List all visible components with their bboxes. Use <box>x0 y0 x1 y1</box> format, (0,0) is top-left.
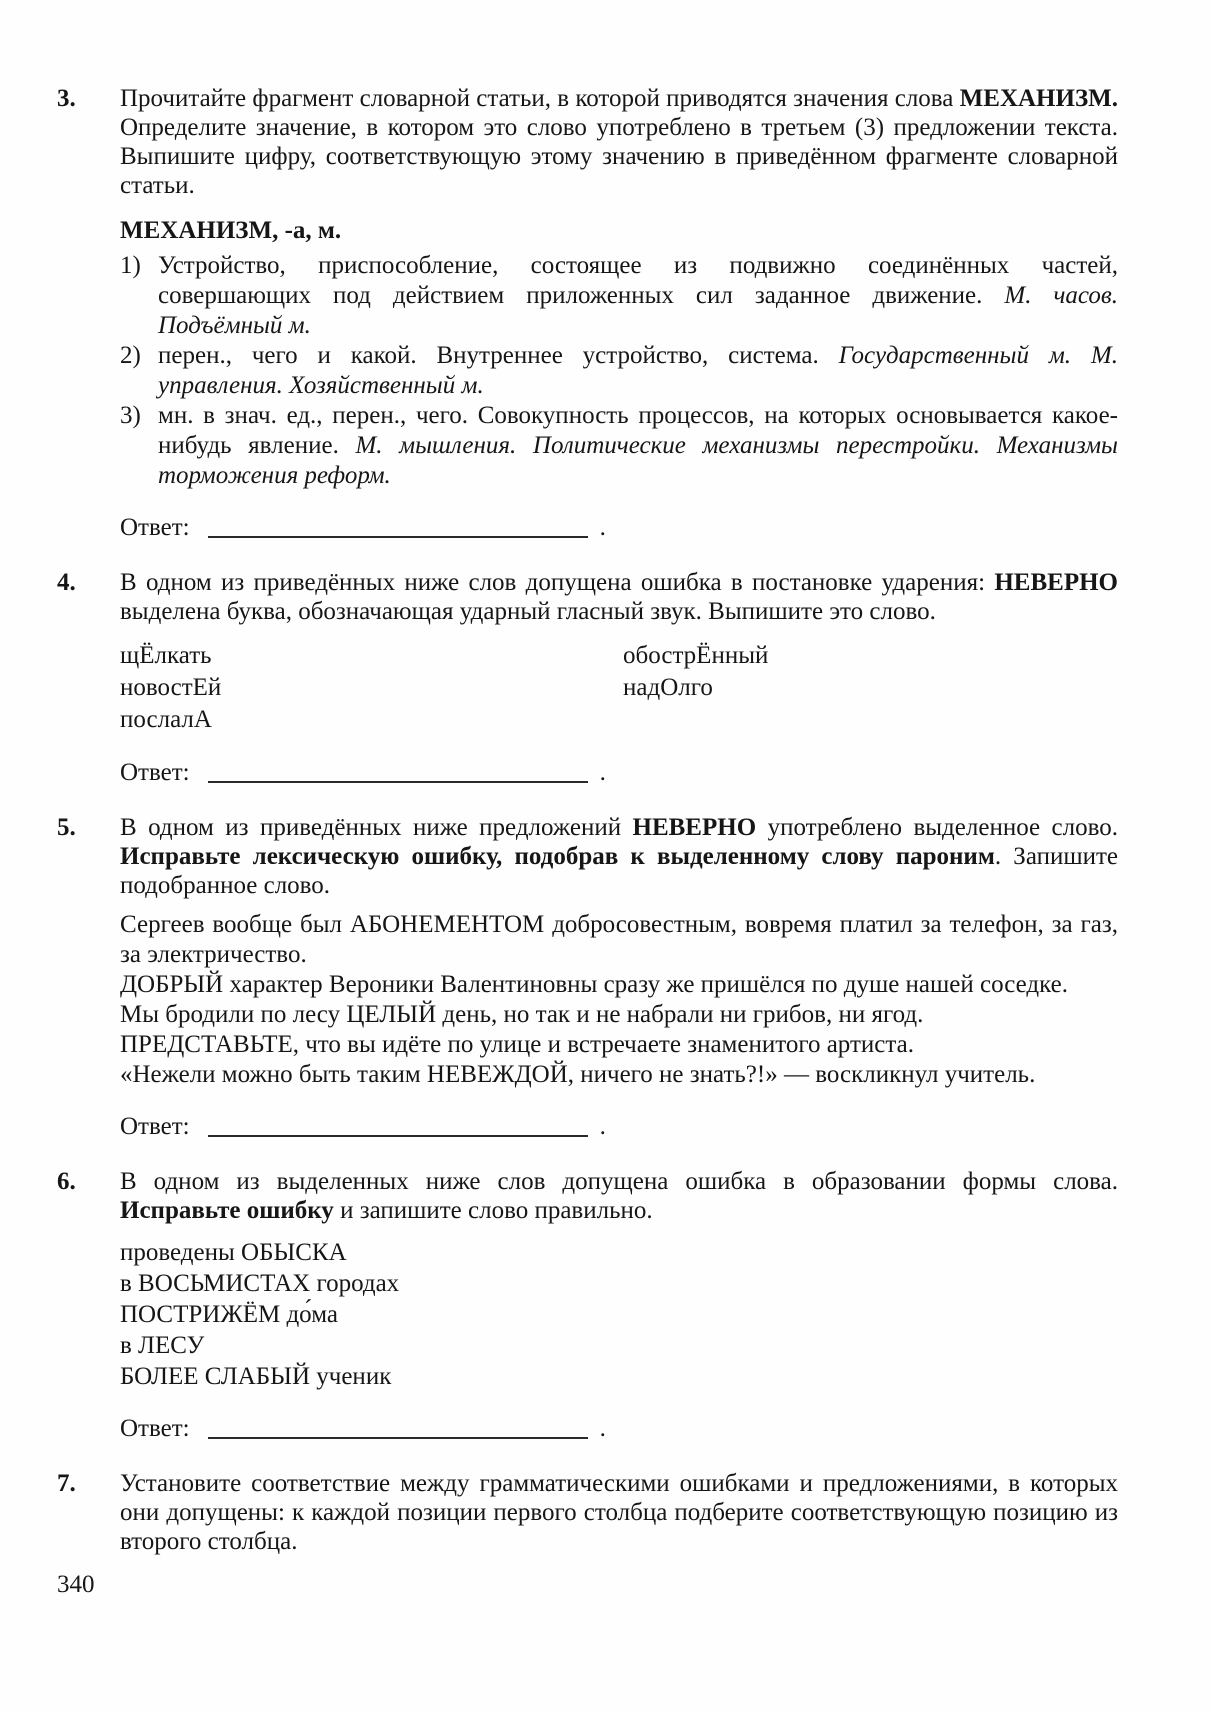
task-4-body: В одном из приведённых ниже слов допущен… <box>120 568 1118 787</box>
stress-word: обострЁнный <box>623 640 1118 672</box>
answer-period: . <box>600 513 606 542</box>
task-3-number: 3. <box>57 84 120 542</box>
task-7-number: 7. <box>57 1469 120 1556</box>
answer-label: Ответ: <box>120 1414 190 1443</box>
sentence: «Нежели можно быть таким НЕВЕЖДОЙ, ничег… <box>120 1060 1118 1090</box>
task-5: 5. В одном из приведённых ниже предложен… <box>57 813 1118 1141</box>
word-form-item: ПОСТРИЖЁМ до́ма <box>120 1299 1118 1330</box>
task-4-heading: В одном из приведённых ниже слов допущен… <box>120 568 1118 626</box>
answer-blank <box>208 1436 588 1439</box>
page-number: 340 <box>57 1570 95 1599</box>
sense-3-number: 3) <box>120 401 158 491</box>
task-5-answer-row: Ответ: . <box>120 1112 1118 1141</box>
word-form-list: проведены ОБЫСКА в ВОСЬМИСТАХ городах ПО… <box>120 1237 1118 1392</box>
word-form-item: в ВОСЬМИСТАХ городах <box>120 1268 1118 1299</box>
task-7-heading: Установите соответствие между грамматиче… <box>120 1469 1118 1556</box>
task-7-body: Установите соответствие между грамматиче… <box>120 1469 1118 1556</box>
dictionary-sense-1: 1) Устройство, приспособление, состоящее… <box>120 251 1118 341</box>
task-3-answer-row: Ответ: . <box>120 513 1118 542</box>
sentence: Сергеев вообще был АБОНЕМЕНТОМ добросове… <box>120 910 1118 970</box>
answer-period: . <box>600 1112 606 1141</box>
stress-word: надОлго <box>623 672 1118 704</box>
task-5-number: 5. <box>57 813 120 1141</box>
word-form-item: БОЛЕЕ СЛАБЫЙ ученик <box>120 1361 1118 1392</box>
stress-word: щЁлкать <box>120 640 623 672</box>
page-content: 3. Прочитайте фрагмент словарной статьи,… <box>0 0 1210 1556</box>
task-5-body: В одном из приведённых ниже предложений … <box>120 813 1118 1141</box>
dictionary-entry-title: МЕХАНИЗМ, -а, м. <box>120 216 1118 245</box>
task-6: 6. В одном из выделенных ниже слов допущ… <box>57 1167 1118 1443</box>
stress-words-column-1: щЁлкать новостЕй послалА <box>120 640 623 736</box>
task-6-answer-row: Ответ: . <box>120 1414 1118 1443</box>
task-6-heading: В одном из выделенных ниже слов допущена… <box>120 1167 1118 1225</box>
sentence: Мы бродили по лесу ЦЕЛЫЙ день, но так и … <box>120 1000 1118 1030</box>
word-form-item: проведены ОБЫСКА <box>120 1237 1118 1268</box>
task-4-number: 4. <box>57 568 120 787</box>
task-6-number: 6. <box>57 1167 120 1443</box>
sentence: ПРЕДСТАВЬТЕ, что вы идёте по улице и вст… <box>120 1030 1118 1060</box>
stress-word: новостЕй <box>120 672 623 704</box>
dictionary-sense-3: 3) мн. в знач. ед., перен., чего. Совоку… <box>120 401 1118 491</box>
sense-2-number: 2) <box>120 341 158 401</box>
task-3-heading: Прочитайте фрагмент словарной статьи, в … <box>120 84 1118 200</box>
task-3-body: Прочитайте фрагмент словарной статьи, в … <box>120 84 1118 542</box>
sentence: ДОБРЫЙ характер Вероники Валентиновны ср… <box>120 970 1118 1000</box>
task-6-body: В одном из выделенных ниже слов допущена… <box>120 1167 1118 1443</box>
answer-blank <box>208 780 588 783</box>
task-3: 3. Прочитайте фрагмент словарной статьи,… <box>57 84 1118 542</box>
sense-1-text: Устройство, приспособление, состоящее из… <box>158 251 1118 341</box>
answer-blank <box>208 535 588 538</box>
stress-words: щЁлкать новостЕй послалА обострЁнный над… <box>120 640 1118 736</box>
sense-2-text: перен., чего и какой. Внутреннее устройс… <box>158 341 1118 401</box>
dictionary-sense-2: 2) перен., чего и какой. Внутреннее устр… <box>120 341 1118 401</box>
sense-1-number: 1) <box>120 251 158 341</box>
answer-period: . <box>600 758 606 787</box>
workbook-page: 3. Прочитайте фрагмент словарной статьи,… <box>0 0 1210 1712</box>
task-4: 4. В одном из приведённых ниже слов допу… <box>57 568 1118 787</box>
sense-3-text: мн. в знач. ед., перен., чего. Совокупно… <box>158 401 1118 491</box>
stress-word: послалА <box>120 704 623 736</box>
paronym-sentences: Сергеев вообще был АБОНЕМЕНТОМ добросове… <box>120 910 1118 1090</box>
answer-label: Ответ: <box>120 1112 190 1141</box>
task-4-answer-row: Ответ: . <box>120 758 1118 787</box>
word-form-item: в ЛЕСУ <box>120 1330 1118 1361</box>
answer-label: Ответ: <box>120 758 190 787</box>
answer-blank <box>208 1134 588 1137</box>
answer-period: . <box>600 1414 606 1443</box>
task-5-heading: В одном из приведённых ниже предложений … <box>120 813 1118 900</box>
answer-label: Ответ: <box>120 513 190 542</box>
stress-words-column-2: обострЁнный надОлго <box>623 640 1118 736</box>
task-7: 7. Установите соответствие между граммат… <box>57 1469 1118 1556</box>
